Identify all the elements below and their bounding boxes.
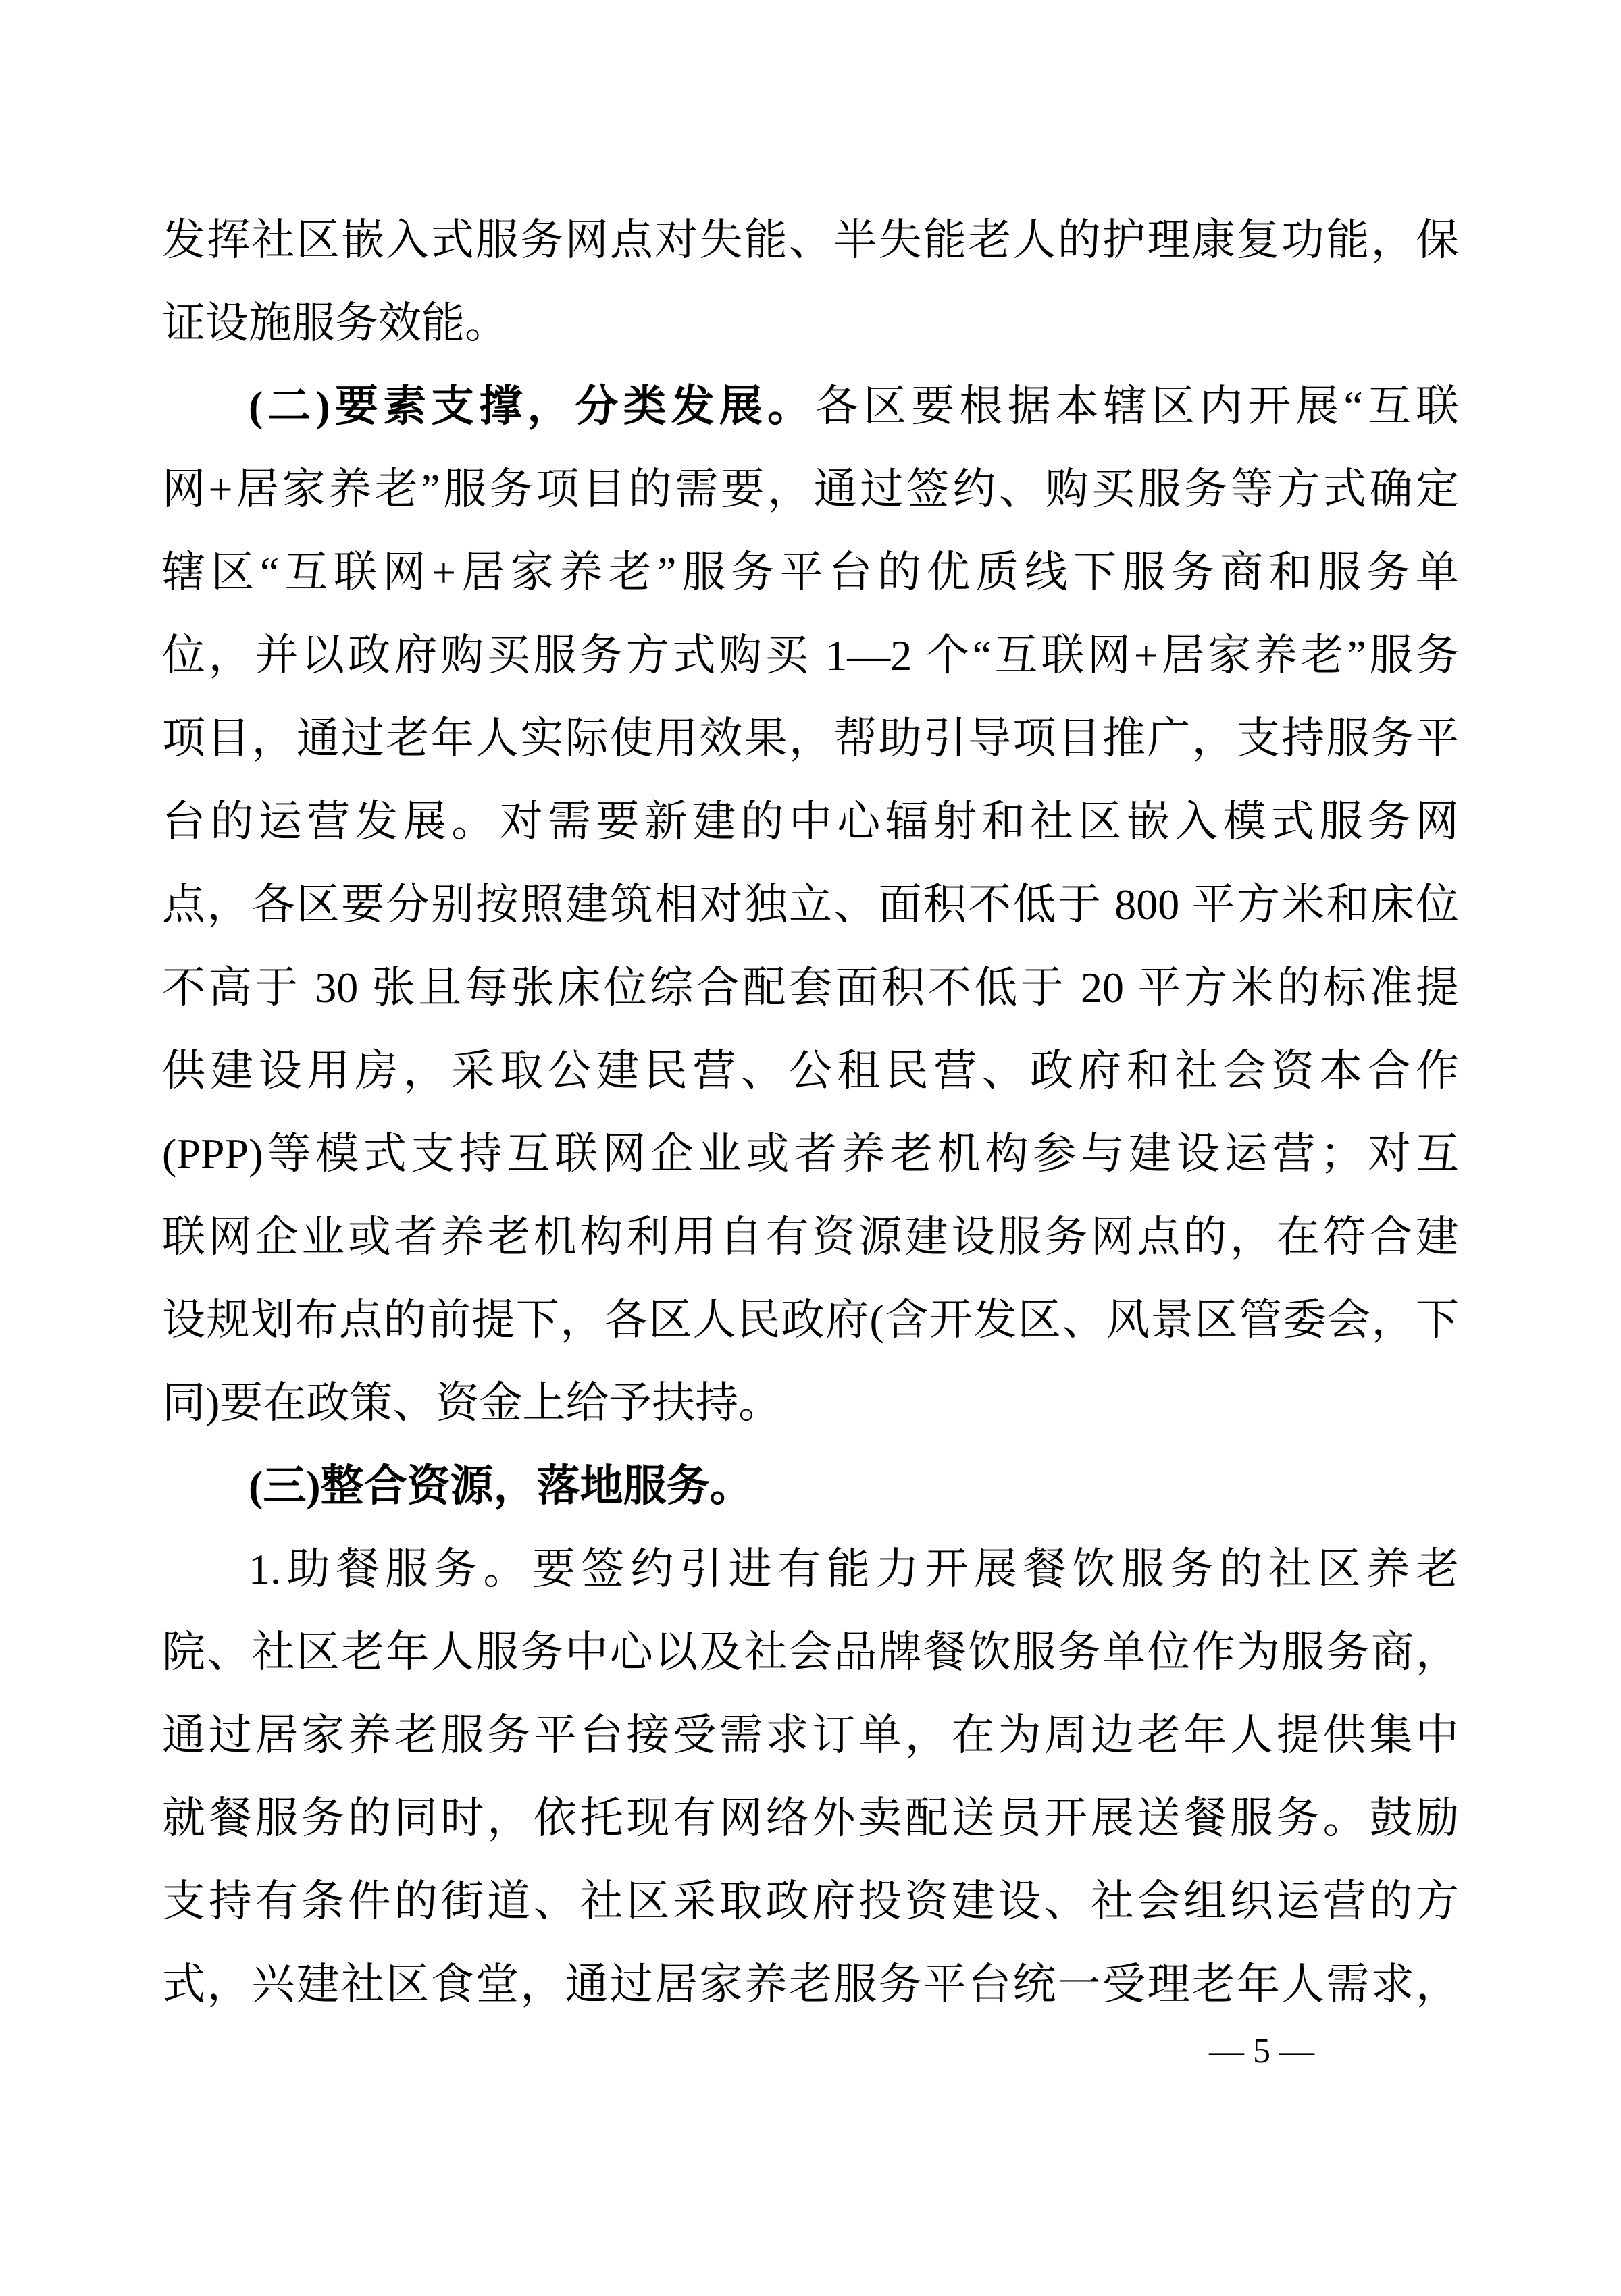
text-line: (三)整合资源，落地服务。	[162, 1444, 1459, 1528]
text-segment: 不高于 30 张且每张床位综合配套面积不低于 20 平方米的标准提	[162, 964, 1459, 1012]
text-segment: 院、社区老年人服务中心以及社会品牌餐饮服务单位作为服务商，	[162, 1628, 1459, 1676]
text-line: 支持有条件的街道、社区采取政府投资建设、社会组织运营的方	[162, 1860, 1459, 1943]
text-segment: (PPP)等模式支持互联网企业或者养老机构参与建设运营；对互	[162, 1130, 1459, 1178]
text-line: 联网企业或者养老机构利用自有资源建设服务网点的，在符合建	[162, 1195, 1459, 1278]
heading-segment: (三)整合资源，落地服务。	[249, 1462, 753, 1510]
heading-segment: (二)要素支撑，分类发展。	[249, 382, 815, 430]
text-line: 位，并以政府购买服务方式购买 1—2 个“互联网+居家养老”服务	[162, 614, 1459, 697]
text-segment: 台的运营发展。对需要新建的中心辐射和社区嵌入模式服务网	[162, 798, 1459, 845]
text-line: 证设施服务效能。	[162, 282, 1459, 365]
text-line: 发挥社区嵌入式服务网点对失能、半失能老人的护理康复功能，保	[162, 199, 1459, 282]
text-line: 通过居家养老服务平台接受需求订单，在为周边老年人提供集中	[162, 1694, 1459, 1777]
text-segment: 供建设用房，采取公建民营、公租民营、政府和社会资本合作	[162, 1047, 1459, 1095]
text-segment: 网+居家养老”服务项目的需要，通过签约、购买服务等方式确定	[162, 465, 1459, 513]
text-line: 院、社区老年人服务中心以及社会品牌餐饮服务单位作为服务商，	[162, 1611, 1459, 1694]
text-line: 就餐服务的同时，依托现有网络外卖配送员开展送餐服务。鼓励	[162, 1777, 1459, 1860]
text-segment: 同)要在政策、资金上给予扶持。	[162, 1379, 781, 1427]
text-segment: 联网企业或者养老机构利用自有资源建设服务网点的，在符合建	[162, 1213, 1459, 1261]
text-segment: 位，并以政府购买服务方式购买 1—2 个“互联网+居家养老”服务	[162, 631, 1459, 679]
text-line: 项目，通过老年人实际使用效果，帮助引导项目推广，支持服务平	[162, 697, 1459, 780]
text-line: 辖区“互联网+居家养老”服务平台的优质线下服务商和服务单	[162, 531, 1459, 614]
text-segment: 1.助餐服务。要签约引进有能力开展餐饮服务的社区养老	[249, 1545, 1459, 1593]
page-number: — 5 —	[1209, 2030, 1314, 2073]
text-line: 网+居家养老”服务项目的需要，通过签约、购买服务等方式确定	[162, 448, 1459, 531]
text-segment: 通过居家养老服务平台接受需求订单，在为周边老年人提供集中	[162, 1711, 1459, 1759]
text-segment: 项目，通过老年人实际使用效果，帮助引导项目推广，支持服务平	[162, 714, 1459, 762]
text-line: 不高于 30 张且每张床位综合配套面积不低于 20 平方米的标准提	[162, 946, 1459, 1029]
text-segment: 支持有条件的街道、社区采取政府投资建设、社会组织运营的方	[162, 1877, 1459, 1925]
text-segment: 证设施服务效能。	[162, 299, 508, 347]
text-line: 同)要在政策、资金上给予扶持。	[162, 1361, 1459, 1444]
text-line: 台的运营发展。对需要新建的中心辐射和社区嵌入模式服务网	[162, 780, 1459, 863]
text-segment: 点，各区要分别按照建筑相对独立、面积不低于 800 平方米和床位	[162, 881, 1459, 929]
text-line: 式，兴建社区食堂，通过居家养老服务平台统一受理老年人需求，	[162, 1943, 1459, 2026]
document-page: 发挥社区嵌入式服务网点对失能、半失能老人的护理康复功能，保证设施服务效能。(二)…	[0, 0, 1621, 2296]
text-line: 设规划布点的前提下，各区人民政府(含开发区、风景区管委会，下	[162, 1278, 1459, 1361]
text-line: (二)要素支撑，分类发展。各区要根据本辖区内开展“互联	[162, 365, 1459, 448]
text-segment: 发挥社区嵌入式服务网点对失能、半失能老人的护理康复功能，保	[162, 216, 1459, 264]
document-body: 发挥社区嵌入式服务网点对失能、半失能老人的护理康复功能，保证设施服务效能。(二)…	[162, 199, 1459, 2026]
text-line: 供建设用房，采取公建民营、公租民营、政府和社会资本合作	[162, 1029, 1459, 1112]
text-segment: 式，兴建社区食堂，通过居家养老服务平台统一受理老年人需求，	[162, 1960, 1459, 2008]
text-segment: 设规划布点的前提下，各区人民政府(含开发区、风景区管委会，下	[162, 1296, 1459, 1344]
text-segment: 就餐服务的同时，依托现有网络外卖配送员开展送餐服务。鼓励	[162, 1794, 1459, 1842]
text-segment: 各区要根据本辖区内开展“互联	[815, 382, 1459, 430]
text-line: 点，各区要分别按照建筑相对独立、面积不低于 800 平方米和床位	[162, 863, 1459, 946]
text-segment: 辖区“互联网+居家养老”服务平台的优质线下服务商和服务单	[162, 548, 1459, 596]
text-line: 1.助餐服务。要签约引进有能力开展餐饮服务的社区养老	[162, 1528, 1459, 1611]
text-line: (PPP)等模式支持互联网企业或者养老机构参与建设运营；对互	[162, 1112, 1459, 1195]
